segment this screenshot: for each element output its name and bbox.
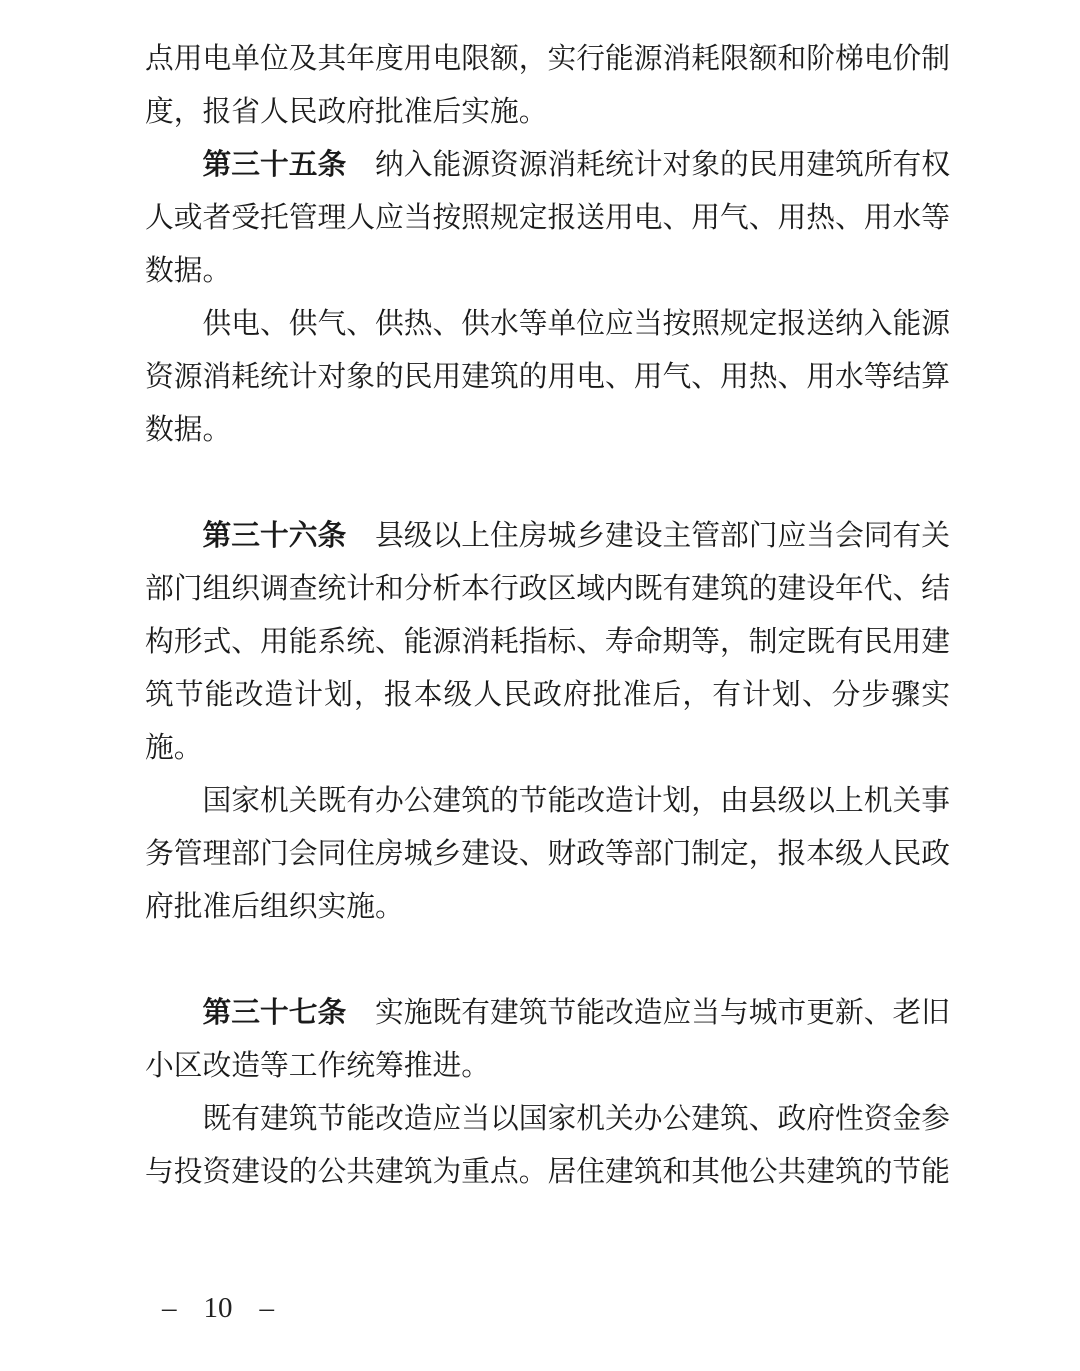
- article-37-number: 第三十七条: [203, 997, 347, 1029]
- paragraph-continuation: 点用电单位及其年度用电限额，实行能源消耗限额和阶梯电价制度，报省人民政府批准后实…: [145, 33, 950, 139]
- page-number: 10: [204, 1290, 233, 1326]
- footer-dash-right: –: [260, 1290, 275, 1326]
- footer-dash-left: –: [162, 1290, 177, 1326]
- page-footer: – 10 –: [162, 1290, 274, 1326]
- article-35-paragraph-2: 供电、供气、供热、供水等单位应当按照规定报送纳入能源资源消耗统计对象的民用建筑的…: [145, 298, 950, 457]
- article-35-number: 第三十五条: [203, 149, 347, 181]
- article-36-text: 县级以上住房城乡建设主管部门应当会同有关部门组织调查统计和分析本行政区域内既有建…: [145, 520, 950, 764]
- article-36-paragraph-2: 国家机关既有办公建筑的节能改造计划，由县级以上机关事务管理部门会同住房城乡建设、…: [145, 775, 950, 934]
- article-36-number: 第三十六条: [203, 520, 347, 552]
- article-35: 第三十五条纳入能源资源消耗统计对象的民用建筑所有权人或者受托管理人应当按照规定报…: [145, 139, 950, 298]
- article-37: 第三十七条实施既有建筑节能改造应当与城市更新、老旧小区改造等工作统筹推进。: [145, 987, 950, 1093]
- article-37-paragraph-2: 既有建筑节能改造应当以国家机关办公建筑、政府性资金参与投资建设的公共建筑为重点。…: [145, 1093, 950, 1199]
- article-36: 第三十六条县级以上住房城乡建设主管部门应当会同有关部门组织调查统计和分析本行政区…: [145, 510, 950, 775]
- document-page: 点用电单位及其年度用电限额，实行能源消耗限额和阶梯电价制度，报省人民政府批准后实…: [145, 33, 950, 1199]
